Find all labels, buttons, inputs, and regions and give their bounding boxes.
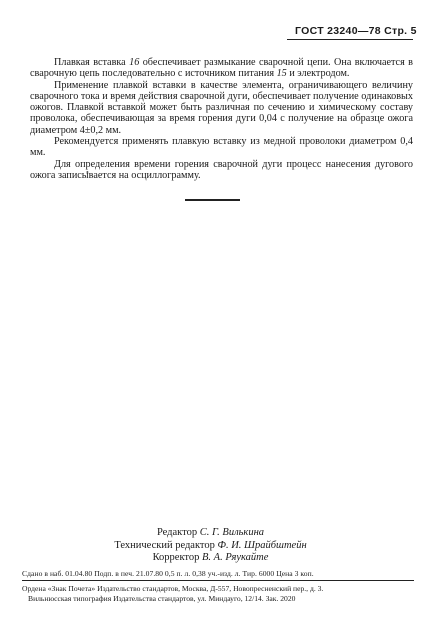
imprint-rule (22, 580, 414, 581)
header-rule (287, 39, 413, 40)
editor-line: Редактор С. Г. Вилькина (0, 527, 421, 540)
body-text: Плавкая вставка 16 обеспечивает размыкан… (30, 57, 413, 181)
page-number: Стр. 5 (384, 25, 417, 37)
publisher-line-1: Ордена «Знак Почета» Издательство станда… (22, 584, 414, 594)
tech-editor-line: Технический редактор Ф. И. Шрайбштейн (0, 540, 421, 553)
publisher-line-2: Вильнюсская типография Издательства стан… (22, 594, 414, 604)
proofreader-line: Корректор В. А. Ряукайте (0, 552, 421, 565)
standard-number: ГОСТ 23240—78 (295, 25, 381, 37)
paragraph-application: Применение плавкой вставки в качестве эл… (30, 80, 413, 136)
imprint-line: Сдано в наб. 01.04.80 Подп. в печ. 21.07… (22, 569, 414, 578)
section-separator (185, 199, 240, 201)
ref-16: 16 (129, 57, 139, 68)
ref-15: 15 (277, 68, 287, 79)
paragraph-recommendation: Рекомендуется применять плавкую вставку … (30, 136, 413, 159)
scan-speck: • (86, 168, 89, 177)
paragraph-fuse: Плавкая вставка 16 обеспечивает размыкан… (30, 57, 413, 80)
publisher-block: Ордена «Знак Почета» Издательство станда… (22, 584, 414, 604)
page-header: ГОСТ 23240—78 Стр. 5 (295, 25, 413, 37)
credits-block: Редактор С. Г. Вилькина Технический реда… (0, 527, 421, 565)
